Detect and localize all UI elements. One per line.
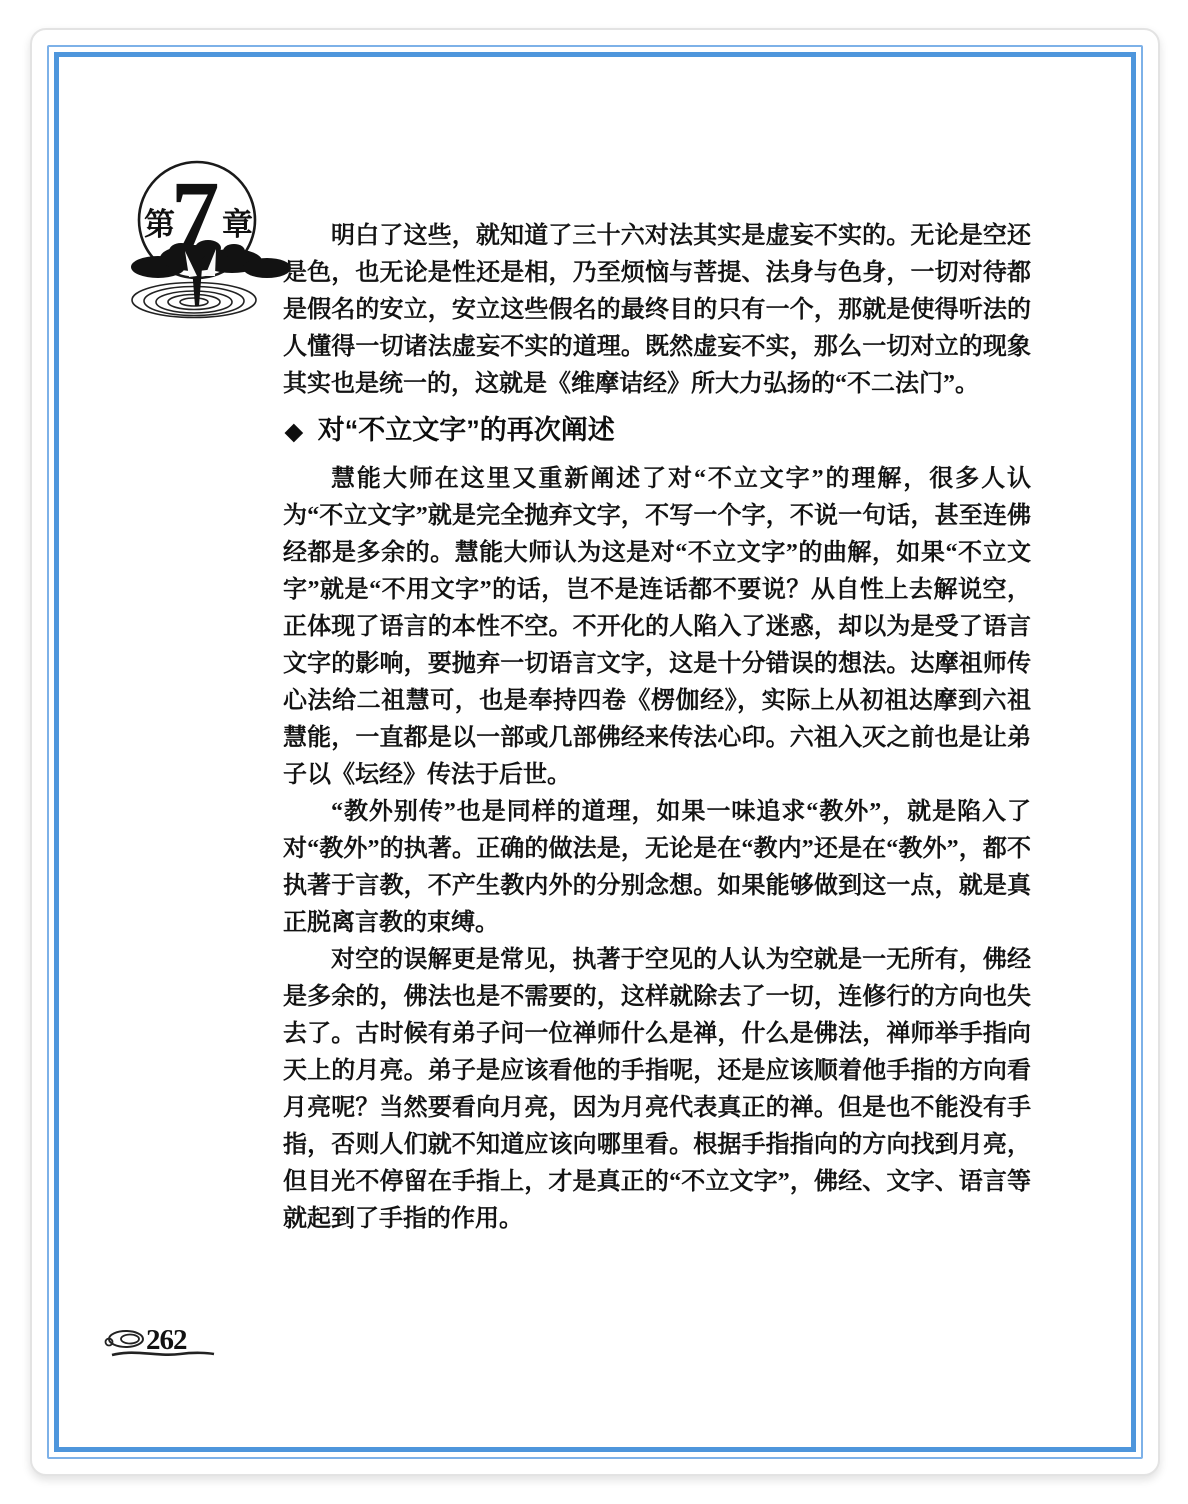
paragraph: 明白了这些，就知道了三十六对法其实是虚妄不实的。无论是空还是色，也无论是性还是相… xyxy=(283,218,1031,403)
paragraph: “教外别传”也是同样的道理，如果一味追求“教外”，就是陷入了对“教外”的执著。正… xyxy=(283,794,1031,942)
body-text-column: 明白了这些，就知道了三十六对法其实是虚妄不实的。无论是空还是色，也无论是性还是相… xyxy=(283,218,1031,1238)
chapter-suffix: 章 xyxy=(222,207,253,242)
page-number: 262 xyxy=(146,1324,187,1356)
section-heading: ◆ 对“不立文字”的再次阐述 xyxy=(285,414,1031,446)
section-heading-label: 对“不立文字”的再次阐述 xyxy=(318,414,615,446)
cloud-swirl-icon xyxy=(106,1331,144,1347)
page-number-ornament: 262 xyxy=(100,1316,220,1366)
paragraph: 慧能大师在这里又重新阐述了对“不立文字”的理解，很多人认为“不立文字”就是完全抛… xyxy=(283,461,1031,794)
chapter-badge: 第 7 章 xyxy=(126,152,304,350)
diamond-bullet-icon: ◆ xyxy=(285,420,303,443)
paragraph: 对空的误解更是常见，执著于空见的人认为空就是一无所有，佛经是多余的，佛法也是不需… xyxy=(283,942,1031,1238)
